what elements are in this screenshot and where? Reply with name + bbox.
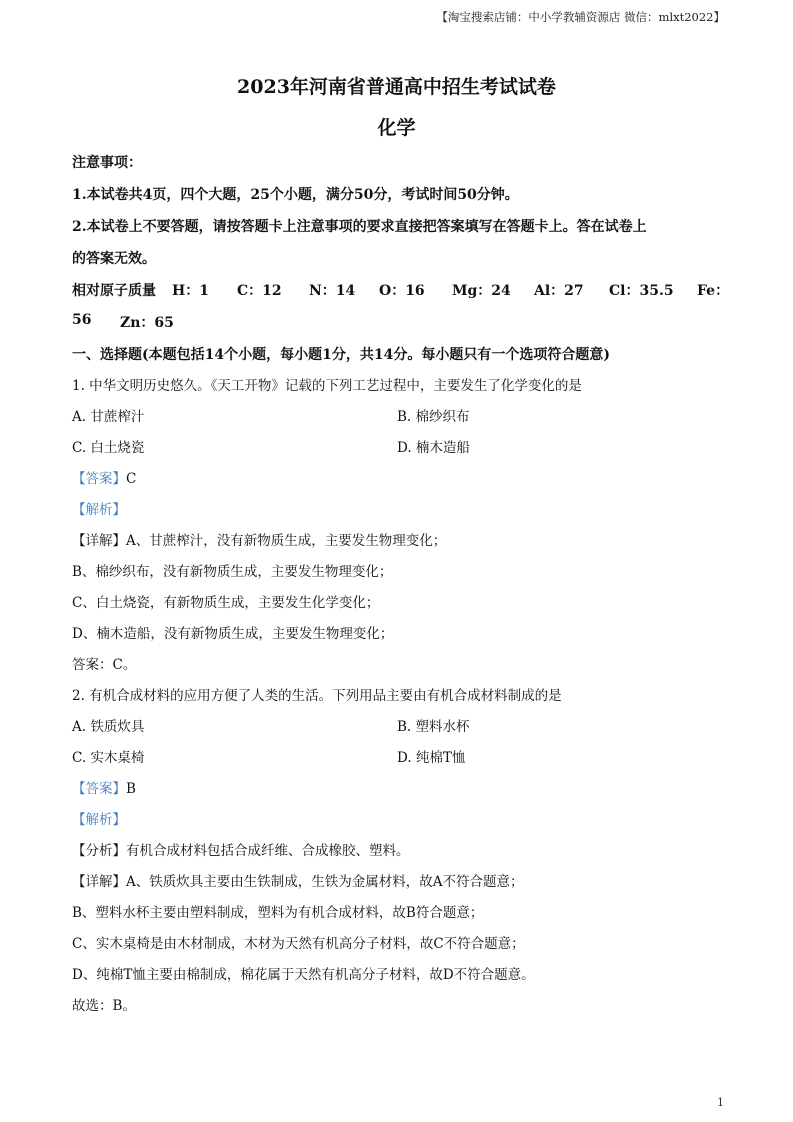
q2-detail-b: B、塑料水杯主要由塑料制成，塑料为有机合成材料，故B符合题意； <box>72 901 483 921</box>
exam-title: 2023年河南省普通高中招生考试试卷 <box>0 72 793 99</box>
q1-conclusion: 答案：C。 <box>72 653 136 673</box>
mass-al: Al：27 <box>534 280 584 300</box>
mass-zn: Zn：65 <box>120 312 174 332</box>
q1-option-a: A. 甘蔗榨汁 <box>72 405 144 425</box>
exam-subject: 化学 <box>0 113 793 140</box>
mass-n: N：14 <box>309 280 355 300</box>
question-1-stem: 1. 中华文明历史悠久。《天工开物》记载的下列工艺过程中，主要发生了化学变化的是 <box>72 374 582 394</box>
q2-answer-label: 【答案】 <box>72 781 126 797</box>
q2-detail-label: 【详解】 <box>72 874 126 890</box>
q2-answer: 【答案】B <box>72 777 136 797</box>
q1-analysis-label: 【解析】 <box>72 498 126 518</box>
q2-option-b: B. 塑料水杯 <box>397 715 470 735</box>
q1-detail-line-a: A、甘蔗榨汁，没有新物质生成，主要发生物理变化； <box>126 533 446 549</box>
atomic-masses-label: 相对原子质量 <box>72 280 156 300</box>
q2-fenxi: 【分析】有机合成材料包括合成纤维、合成橡胶、塑料。 <box>72 839 410 859</box>
q2-option-d: D. 纯棉T恤 <box>397 746 465 766</box>
q2-option-c: C. 实木桌椅 <box>72 746 144 766</box>
q1-detail-b: B、棉纱织布，没有新物质生成，主要发生物理变化； <box>72 560 392 580</box>
question-2-stem: 2. 有机合成材料的应用方便了人类的生活。下列用品主要由有机合成材料制成的是 <box>72 684 562 704</box>
notice-item-2-cont: 的答案无效。 <box>72 248 156 268</box>
q1-detail-label: 【详解】 <box>72 533 126 549</box>
q1-option-c: C. 白土烧瓷 <box>72 436 144 456</box>
q2-answer-value: B <box>126 781 136 797</box>
q1-answer-label: 【答案】 <box>72 471 126 487</box>
page-number: 1 <box>717 1096 724 1109</box>
q2-fenxi-label: 【分析】 <box>72 843 126 859</box>
mass-cl: Cl：35.5 <box>609 280 674 300</box>
q2-detail-a: 【详解】A、铁质炊具主要由生铁制成，生铁为金属材料，故A不符合题意； <box>72 870 524 890</box>
q2-option-a: A. 铁质炊具 <box>72 715 144 735</box>
q1-detail-d: D、楠木造船，没有新物质生成，主要发生物理变化； <box>72 622 393 642</box>
q2-conclusion: 故选：B。 <box>72 994 136 1014</box>
q1-option-b: B. 棉纱织布 <box>397 405 470 425</box>
q2-detail-c: C、实木桌椅是由木材制成，木材为天然有机高分子材料，故C不符合题意； <box>72 932 525 952</box>
q2-detail-d: D、纯棉T恤主要由棉制成，棉花属于天然有机高分子材料，故D不符合题意。 <box>72 963 535 983</box>
mass-o: O：16 <box>379 280 425 300</box>
q2-detail-line-a: A、铁质炊具主要由生铁制成，生铁为金属材料，故A不符合题意； <box>126 874 524 890</box>
mass-h: H：1 <box>172 280 209 300</box>
mass-fe-value: 56 <box>72 312 91 328</box>
mass-c: C：12 <box>237 280 282 300</box>
section-1-heading: 一、选择题(本题包括14个小题，每小题1分，共14分。每小题只有一个选项符合题意… <box>72 344 610 364</box>
mass-fe: Fe： <box>697 280 729 300</box>
q1-answer: 【答案】C <box>72 467 136 487</box>
q1-detail-c: C、白土烧瓷，有新物质生成，主要发生化学变化； <box>72 591 379 611</box>
header-shop-note: 【淘宝搜索店铺：中小学教辅资源店 微信：mlxt2022】 <box>436 9 725 25</box>
q2-fenxi-text: 有机合成材料包括合成纤维、合成橡胶、塑料。 <box>126 843 410 859</box>
q1-option-d: D. 楠木造船 <box>397 436 470 456</box>
notice-item-2: 2.本试卷上不要答题，请按答题卡上注意事项的要求直接把答案填写在答题卡上。答在试… <box>72 216 647 236</box>
notice-item-1: 1.本试卷共4页，四个大题，25个小题，满分50分，考试时间50分钟。 <box>72 184 519 204</box>
q2-analysis-label: 【解析】 <box>72 808 126 828</box>
q1-detail-a: 【详解】A、甘蔗榨汁，没有新物质生成，主要发生物理变化； <box>72 529 446 549</box>
q1-answer-value: C <box>126 471 136 487</box>
notice-heading: 注意事项： <box>72 152 142 172</box>
mass-mg: Mg：24 <box>452 280 511 300</box>
